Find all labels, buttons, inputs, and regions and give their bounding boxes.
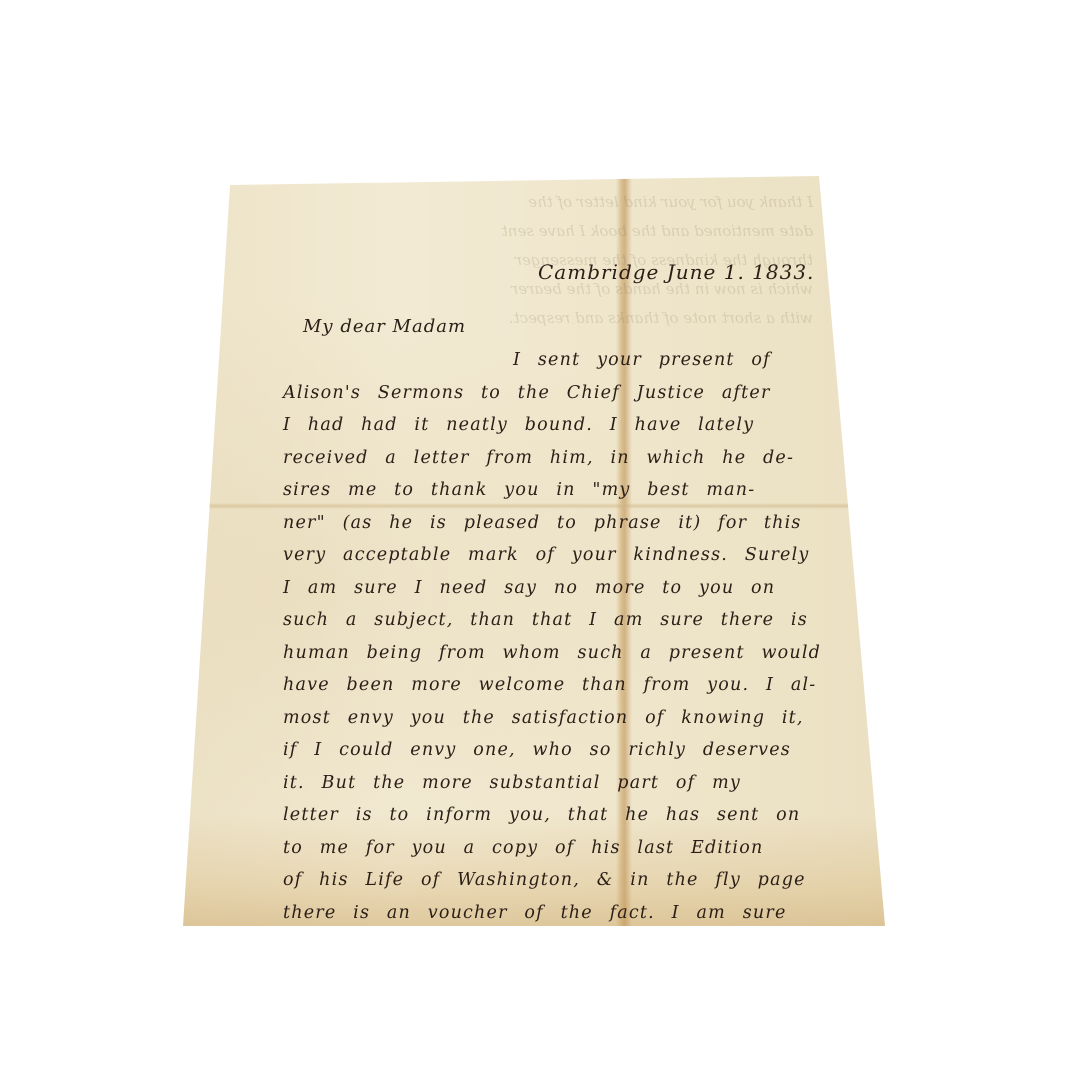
letter-line: most envy you the satisfaction of knowin… (283, 702, 853, 735)
bleed-line: date mentioned and the book I have sent (253, 217, 813, 246)
letter-line: very acceptable mark of your kindness. S… (283, 539, 853, 572)
letter-paper: I thank you for your kind letter of the … (183, 176, 885, 926)
letter-line: such a hand with uncommon care & delight… (283, 962, 853, 995)
letter-line: received a letter from him, in which he … (283, 442, 853, 475)
letter-line: if I could envy one, who so richly deser… (283, 734, 853, 767)
letter-line: to me for you a copy of his last Edition (283, 832, 853, 865)
letter-line: human being from whom such a present wou… (283, 637, 853, 670)
letter-line: there is an voucher of the fact. I am su… (283, 897, 853, 930)
letter-salutation: My dear Madam (303, 316, 466, 337)
letter-line: letter is to inform you, that he has sen… (283, 799, 853, 832)
letter-line: Alison's Sermons to the Chief Justice af… (283, 377, 853, 410)
bleed-line: I thank you for your kind letter of the (253, 188, 813, 217)
letter-line: I am sure I need say no more to you on (283, 572, 853, 605)
letter-line: of his Life of Washington, & in the fly … (283, 864, 853, 897)
letter-dateline: Cambridge June 1. 1833. (538, 260, 814, 284)
letter-line: ner" (as he is pleased to phrase it) for… (283, 507, 853, 540)
letter-line: have been more welcome than from you. I … (283, 669, 853, 702)
letter-line: you will treasure up such a work from (283, 929, 853, 962)
letter-line: such a subject, than that I am sure ther… (283, 604, 853, 637)
letter-line: it. But the more substantial part of my (283, 767, 853, 800)
letter-body: I sent your present of Alison's Sermons … (283, 344, 853, 994)
letter-line: sires me to thank you in "my best man- (283, 474, 853, 507)
letter-line: I sent your present of (283, 344, 853, 377)
letter-line: I had had it neatly bound. I have lately (283, 409, 853, 442)
